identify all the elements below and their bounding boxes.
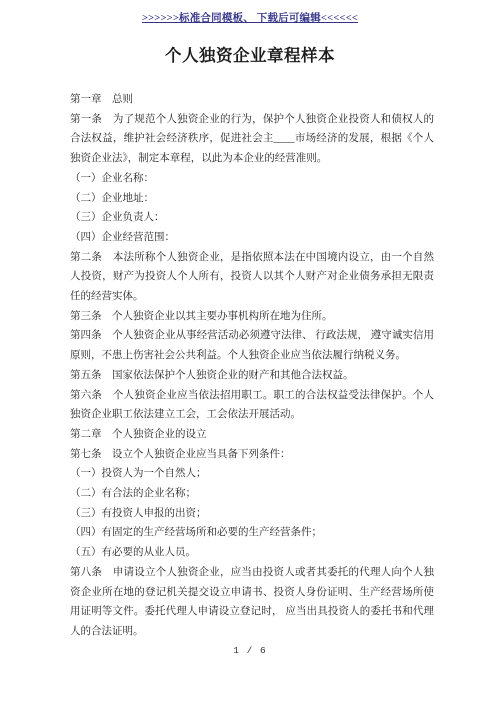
doc-paragraph: （一）投资人为一个自然人；: [70, 464, 434, 484]
doc-paragraph: 第八条 申请设立个人独资企业，应当由投资人或者其委托的代理人向个人独资企业所在地…: [70, 563, 434, 642]
doc-paragraph: （三）企业负责人：: [70, 208, 434, 228]
doc-paragraph: 第一条 为了规范个人独资企业的行为，保护个人独资企业投资人和债权人的合法权益，维…: [70, 110, 434, 169]
doc-paragraph: 第四条 个人独资企业从事经营活动必须遵守法律、 行政法规， 遵守诚实信用原则，不…: [70, 326, 434, 365]
doc-paragraph: 第二章 个人独资企业的设立: [70, 425, 434, 445]
doc-paragraph: 第六条 个人独资企业应当依法招用职工。职工的合法权益受法律保护。个人独资企业职工…: [70, 386, 434, 425]
doc-paragraph: （一）企业名称：: [70, 169, 434, 189]
doc-paragraph: （二）企业地址：: [70, 189, 434, 209]
document-body: 第一章 总则第一条 为了规范个人独资企业的行为，保护个人独资企业投资人和债权人的…: [70, 90, 434, 642]
doc-paragraph: 第三条 个人独资企业以其主要办事机构所在地为住所。: [70, 307, 434, 327]
doc-paragraph: （二）有合法的企业名称；: [70, 484, 434, 504]
document-page: >>>>>>标准合同模板、 下载后可编辑<<<<<< 个人独资企业章程样本 第一…: [0, 0, 500, 707]
doc-paragraph: 第一章 总则: [70, 90, 434, 110]
template-notice-link[interactable]: >>>>>>标准合同模板、 下载后可编辑<<<<<<: [0, 10, 500, 25]
doc-paragraph: 第二条 本法所称个人独资企业，是指依照本法在中国境内设立，由一个自然人投资，财产…: [70, 248, 434, 307]
doc-paragraph: （三）有投资人申报的出资；: [70, 504, 434, 524]
document-title: 个人独资企业章程样本: [0, 42, 500, 66]
doc-paragraph: （五）有必要的从业人员。: [70, 543, 434, 563]
doc-paragraph: （四）有固定的生产经营场所和必要的生产经营条件；: [70, 523, 434, 543]
doc-paragraph: （四）企业经营范围：: [70, 228, 434, 248]
doc-paragraph: 第五条 国家依法保护个人独资企业的财产和其他合法权益。: [70, 366, 434, 386]
page-number: 1 / 6: [0, 645, 500, 656]
doc-paragraph: 第七条 设立个人独资企业应当具备下列条件：: [70, 445, 434, 465]
